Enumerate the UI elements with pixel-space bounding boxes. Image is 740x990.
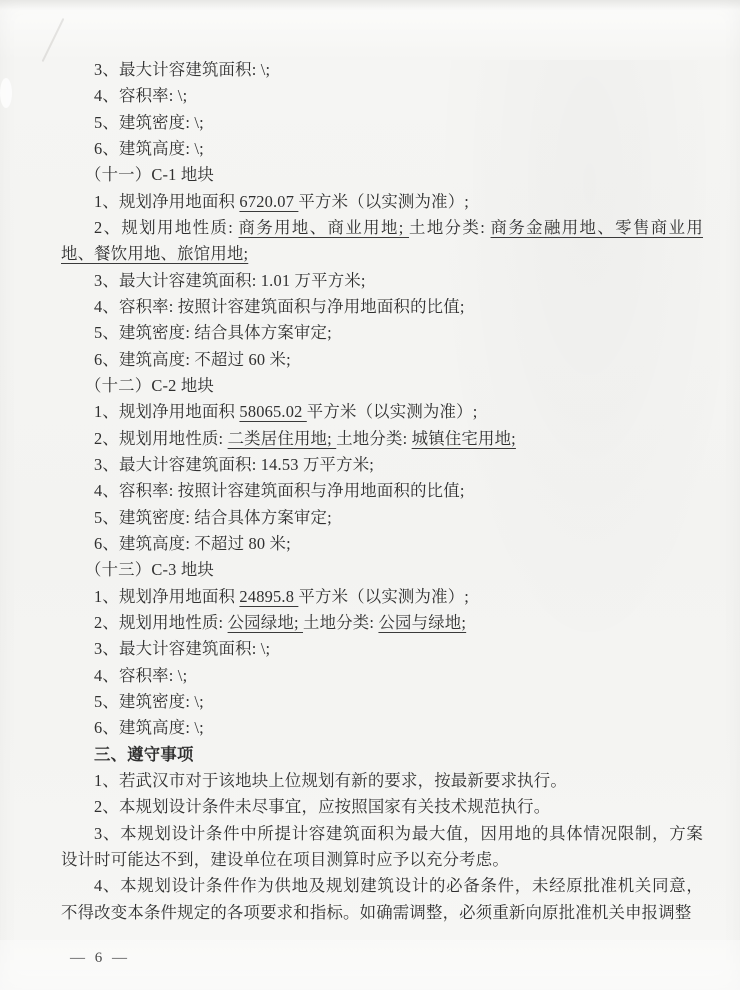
underlined-value: 公园绿地; <box>228 613 303 632</box>
text-segment: 2、规划用地性质: <box>94 429 228 448</box>
text-segment: （十二）C-2 地块 <box>85 376 214 395</box>
underlined-value: 商务金融用地、零售商业用 <box>491 218 703 237</box>
list-item-line: 4、本规划设计条件作为供地及规划建筑设计的必备条件，未经原批准机关同意， <box>61 873 703 899</box>
section-heading: （十二）C-2 地块 <box>61 373 703 399</box>
text-segment: 3、最大计容建筑面积: \; <box>94 60 270 79</box>
list-item-line: 1、规划净用地面积 6720.07 平方米（以实测为准）; <box>61 189 703 215</box>
section-heading: （十三）C-3 地块 <box>61 557 703 583</box>
text-segment: 2、规划用地性质: <box>94 613 228 632</box>
text-segment: 5、建筑密度: \; <box>94 692 204 711</box>
text-segment: 4、容积率: 按照计容建筑面积与净用地面积的比值; <box>94 481 465 500</box>
list-item-line: 4、容积率: \; <box>61 663 703 689</box>
text-segment: （十三）C-3 地块 <box>85 560 214 579</box>
underlined-value: 58065.02 <box>239 402 306 421</box>
text-segment: 2、本规划设计条件未尽事宜，应按照国家有关技术规范执行。 <box>94 797 550 816</box>
document-body: 3、最大计容建筑面积: \;4、容积率: \;5、建筑密度: \;6、建筑高度:… <box>61 57 703 926</box>
list-item-line: 1、规划净用地面积 58065.02 平方米（以实测为准）; <box>61 399 703 425</box>
continuation-line: 不得改变本条件规定的各项要求和指标。如确需调整，必须重新向原批准机关申报调整 <box>61 900 703 926</box>
list-item-line: 6、建筑高度: 不超过 80 米; <box>61 531 703 557</box>
text-segment: 4、容积率: 按照计容建筑面积与净用地面积的比值; <box>94 297 465 316</box>
list-item-line: 三、遵守事项 <box>61 742 703 768</box>
scan-artifact <box>42 18 65 62</box>
continuation-line: 设计时可能达不到，建设单位在项目测算时应予以充分考虑。 <box>61 847 703 873</box>
text-segment: 5、建筑密度: 结合具体方案审定; <box>94 323 332 342</box>
list-item-line: 1、若武汉市对于该地块上位规划有新的要求，按最新要求执行。 <box>61 768 703 794</box>
list-item-line: 6、建筑高度: \; <box>61 715 703 741</box>
text-segment: 土地分类: <box>336 429 411 448</box>
list-item-line: 4、容积率: 按照计容建筑面积与净用地面积的比值; <box>61 478 703 504</box>
text-segment: 3、最大计容建筑面积: \; <box>94 639 270 658</box>
text-segment: 1、规划净用地面积 <box>94 402 239 421</box>
underlined-value: 公园与绿地; <box>378 613 466 632</box>
text-segment: 土地分类: <box>303 613 378 632</box>
text-segment: 平方米（以实测为准）; <box>307 402 478 421</box>
scan-artifact <box>0 78 12 108</box>
continuation-line: 地、餐饮用地、旅馆用地; <box>61 241 703 267</box>
text-segment: 1、规划净用地面积 <box>94 192 239 211</box>
list-item-line: 3、最大计容建筑面积: 14.53 万平方米; <box>61 452 703 478</box>
underlined-value: 24895.8 <box>239 587 298 606</box>
list-item-line: 6、建筑高度: \; <box>61 136 703 162</box>
text-segment: 6、建筑高度: 不超过 80 米; <box>94 534 291 553</box>
underlined-value: 商务用地、商业用地; <box>239 218 410 237</box>
text-segment: 三、遵守事项 <box>94 745 194 764</box>
text-segment: 设计时可能达不到，建设单位在项目测算时应予以充分考虑。 <box>61 850 509 869</box>
list-item-line: 5、建筑密度: \; <box>61 689 703 715</box>
text-segment: 平方米（以实测为准）; <box>298 587 469 606</box>
list-item-line: 6、建筑高度: 不超过 60 米; <box>61 347 703 373</box>
underlined-value: 6720.07 <box>239 192 298 211</box>
list-item-line: 4、容积率: 按照计容建筑面积与净用地面积的比值; <box>61 294 703 320</box>
underlined-value: 地、餐饮用地、旅馆用地; <box>61 244 248 263</box>
text-segment: 1、规划净用地面积 <box>94 587 239 606</box>
text-segment: 3、最大计容建筑面积: 1.01 万平方米; <box>94 271 366 290</box>
text-segment: 6、建筑高度: 不超过 60 米; <box>94 350 291 369</box>
text-segment: 土地分类: <box>409 218 491 237</box>
text-segment: 3、最大计容建筑面积: 14.53 万平方米; <box>94 455 374 474</box>
text-segment: 4、本规划设计条件作为供地及规划建筑设计的必备条件，未经原批准机关同意， <box>94 876 703 895</box>
page-number: — 6 — <box>70 950 130 967</box>
text-segment: （十一）C-1 地块 <box>85 165 214 184</box>
text-segment: 不得改变本条件规定的各项要求和指标。如确需调整，必须重新向原批准机关申报调整 <box>61 903 691 922</box>
text-segment: 5、建筑密度: 结合具体方案审定; <box>94 508 332 527</box>
list-item-line: 5、建筑密度: 结合具体方案审定; <box>61 320 703 346</box>
underlined-value: 二类居住用地; <box>228 429 337 448</box>
underlined-value: 城镇住宅用地; <box>412 429 516 448</box>
list-item-line: 3、本规划设计条件中所提计容建筑面积为最大值，因用地的具体情况限制，方案 <box>61 821 703 847</box>
list-item-line: 3、最大计容建筑面积: \; <box>61 636 703 662</box>
text-segment: 4、容积率: \; <box>94 666 187 685</box>
list-item-line: 2、规划用地性质: 商务用地、商业用地; 土地分类: 商务金融用地、零售商业用 <box>61 215 703 241</box>
list-item-line: 2、规划用地性质: 公园绿地; 土地分类: 公园与绿地; <box>61 610 703 636</box>
list-item-line: 2、本规划设计条件未尽事宜，应按照国家有关技术规范执行。 <box>61 794 703 820</box>
scanned-document-page: 3、最大计容建筑面积: \;4、容积率: \;5、建筑密度: \;6、建筑高度:… <box>0 0 740 990</box>
text-segment: 平方米（以实测为准）; <box>298 192 469 211</box>
list-item-line: 2、规划用地性质: 二类居住用地; 土地分类: 城镇住宅用地; <box>61 426 703 452</box>
list-item-line: 5、建筑密度: 结合具体方案审定; <box>61 505 703 531</box>
text-segment: 6、建筑高度: \; <box>94 718 204 737</box>
text-segment: 4、容积率: \; <box>94 86 187 105</box>
text-segment: 6、建筑高度: \; <box>94 139 204 158</box>
text-segment: 3、本规划设计条件中所提计容建筑面积为最大值，因用地的具体情况限制，方案 <box>94 824 703 843</box>
list-item-line: 3、最大计容建筑面积: 1.01 万平方米; <box>61 268 703 294</box>
list-item-line: 1、规划净用地面积 24895.8 平方米（以实测为准）; <box>61 584 703 610</box>
text-segment: 5、建筑密度: \; <box>94 113 204 132</box>
list-item-line: 4、容积率: \; <box>61 83 703 109</box>
text-segment: 1、若武汉市对于该地块上位规划有新的要求，按最新要求执行。 <box>94 771 567 790</box>
text-segment: 2、规划用地性质: <box>94 218 239 237</box>
section-heading: （十一）C-1 地块 <box>61 162 703 188</box>
list-item-line: 3、最大计容建筑面积: \; <box>61 57 703 83</box>
list-item-line: 5、建筑密度: \; <box>61 110 703 136</box>
